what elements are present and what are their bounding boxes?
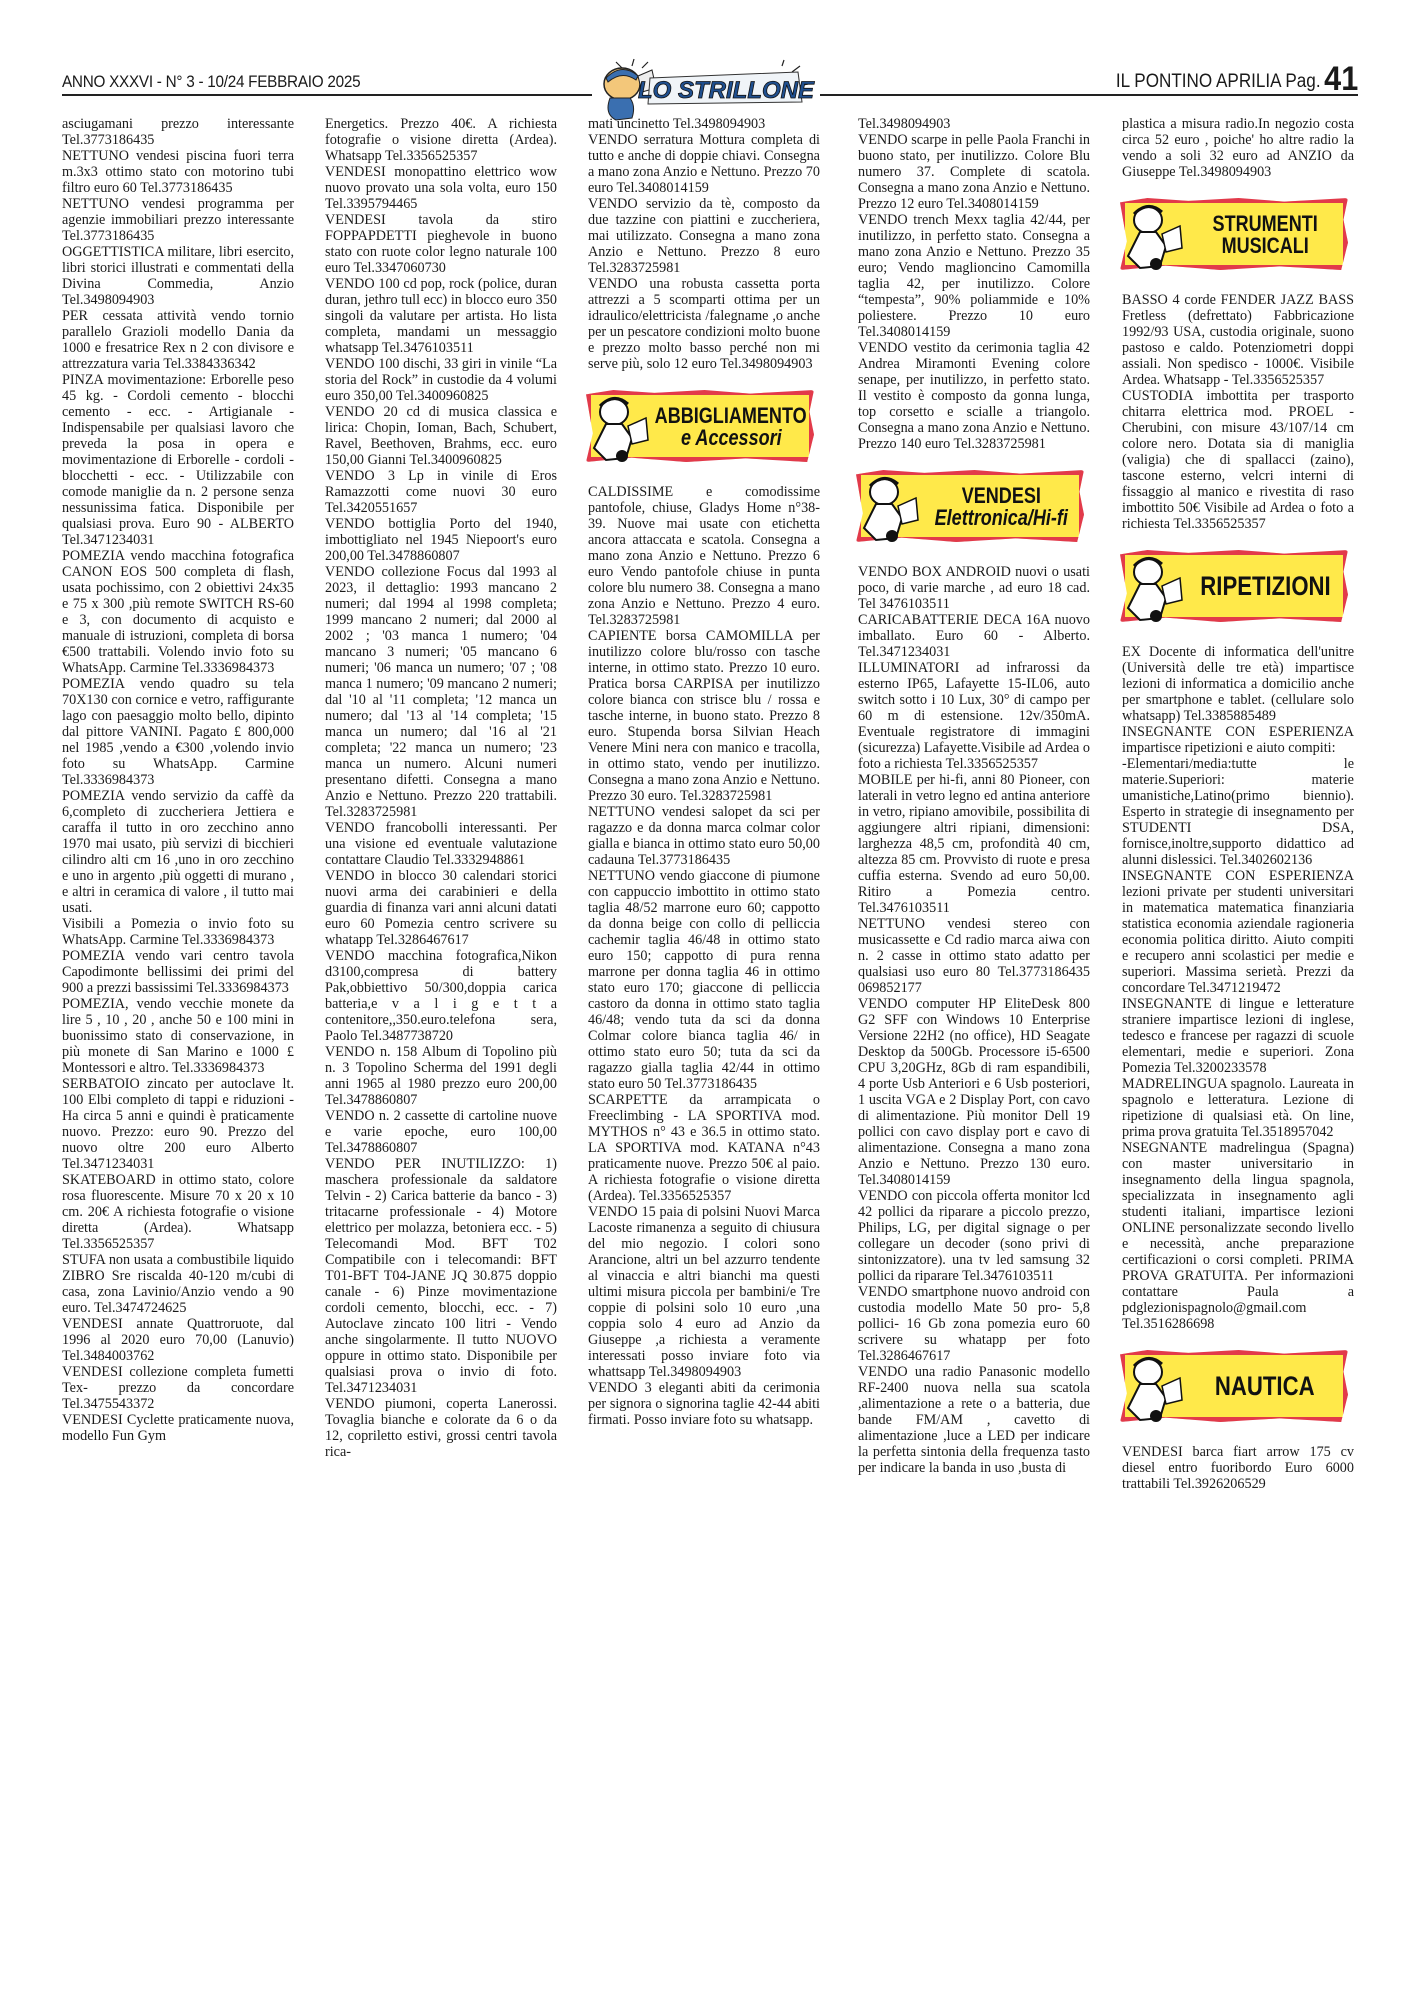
ad-item: NETTUNO vendo giaccone di piumone con ca… [588,868,820,1092]
ad-item: VENDESI barca fiart arrow 175 cv diesel … [1122,1444,1354,1492]
section-subtitle: e Accessori [681,427,782,449]
column-5: plastica a misura radio.In negozio costa… [1122,116,1354,1492]
strillone-mascot-icon [582,388,652,466]
ad-item: INSEGNANTE di lingue e letterature stran… [1122,996,1354,1076]
ad-item: VENDO trench Mexx taglia 42/44, per inut… [858,212,1090,340]
strillone-mascot-icon [1116,548,1186,626]
ad-item: PINZA movimentazione: Erborelle peso 45 … [62,372,294,548]
ad-item: VENDO 3 eleganti abiti da cerimonia per … [588,1380,820,1428]
ad-item: VENDO collezione Focus dal 1993 al 2023,… [325,564,557,820]
section-subtitle: Elettronica/Hi-fi [934,507,1067,529]
strillone-mascot-icon [852,468,922,546]
ad-item: VENDO scarpe in pelle Paola Franchi in b… [858,132,1090,212]
column-1: asciugamani prezzo interessante Tel.3773… [62,116,294,1444]
section-subtitle: MUSICALI [1221,235,1308,257]
ad-item: VENDO 100 dischi, 33 giri in vinile “La … [325,356,557,404]
ad-item: NETTUNO vendesi programma per agenzie im… [62,196,294,244]
ad-item: SKATEBOARD in ottimo stato, colore rosa … [62,1172,294,1252]
ad-item: NETTUNO vendesi stereo con musicassette … [858,916,1090,996]
section-title: VENDESI [961,485,1040,507]
ad-item: VENDO francobolli interessanti. Per una … [325,820,557,868]
ad-item: MADRELINGUA spagnolo. Laureata in spagno… [1122,1076,1354,1140]
ad-item: VENDO in blocco 30 calendari storici nuo… [325,868,557,948]
ad-item: Visibili a Pomezia o invio foto su Whats… [62,916,294,948]
section-title: STRUMENTI [1212,213,1317,235]
ad-item: VENDO 3 Lp in vinile di Eros Ramazzotti … [325,468,557,516]
column-4: Tel.3498094903 VENDO scarpe in pelle Pao… [858,116,1090,1476]
issue-info: ANNO XXXVI - N° 3 - 10/24 FEBBRAIO 2025 [62,72,360,92]
section-banner-nautica: NAUTICA [1116,1346,1354,1428]
ad-item: POMEZIA, vendo vecchie monete da lire 5 … [62,996,294,1076]
ad-item: CUSTODIA imbottita per trasporto chitarr… [1122,388,1354,532]
ad-item: SERBATOIO zincato per autoclave lt. 100 … [62,1076,294,1172]
ad-item: VENDO una robusta cassetta porta attrezz… [588,276,820,372]
ad-item: VENDO con piccola offerta monitor lcd 42… [858,1188,1090,1284]
ad-item: MOBILE per hi-fi, anni 80 Pioneer, con l… [858,772,1090,916]
ad-item: POMEZIA vendo quadro su tela 70X130 con … [62,676,294,788]
publication-name: IL PONTINO APRILIA Pag. [1116,71,1321,92]
ad-item: VENDO vestito da cerimonia taglia 42 And… [858,340,1090,452]
ad-item: OGGETTISTICA militare, libri esercito, l… [62,244,294,308]
ad-item: POMEZIA vendo macchina fotografica CANON… [62,548,294,676]
ad-item: VENDO 20 cd di musica classica e lirica:… [325,404,557,468]
header-rule-left [62,94,592,96]
ad-item: VENDESI tavola da stiro FOPPAPDETTI pieg… [325,212,557,276]
ad-item: VENDO smartphone nuovo android con custo… [858,1284,1090,1364]
ad-item: CALDISSIME e comodissime pantofole, chiu… [588,484,820,628]
ad-item: VENDO BOX ANDROID nuovi o usati poco, di… [858,564,1090,612]
ad-item: VENDO computer HP EliteDesk 800 G2 SFF c… [858,996,1090,1188]
ad-item: SCARPETTE da arrampicata o Freeclimbing … [588,1092,820,1204]
ad-item: VENDO 100 cd pop, rock (police, duran du… [325,276,557,356]
ad-item: VENDO PER INUTILIZZO: 1) maschera profes… [325,1156,557,1396]
ad-item: BASSO 4 corde FENDER JAZZ BASS Fretless … [1122,292,1354,388]
ad-item: PER cessata attività vendo tornio parall… [62,308,294,372]
ad-item: CARICABATTERIE DECA 16A nuovo imballato.… [858,612,1090,660]
column-3: mati uncinetto Tel.3498094903 VENDO serr… [588,116,820,1428]
ad-item: EX Docente di informatica dell'unitre (U… [1122,644,1354,724]
ad-item: Energetics. Prezzo 40€. A richiesta foto… [325,116,557,164]
ad-item: INSEGNANTE CON ESPERIENZA impartisce rip… [1122,724,1354,756]
ad-item: VENDESI collezione completa fumetti Tex-… [62,1364,294,1412]
ad-item: STUFA non usata a combustibile liquido Z… [62,1252,294,1316]
ad-item: VENDO serratura Mottura completa di tutt… [588,132,820,196]
ad-item: VENDO servizio da tè, composto da due ta… [588,196,820,276]
column-2: Energetics. Prezzo 40€. A richiesta foto… [325,116,557,1460]
ad-item: VENDO una radio Panasonic modello RF-240… [858,1364,1090,1476]
ad-item: CAPIENTE borsa CAMOMILLA per inutilizzo … [588,628,820,804]
ad-item: VENDO macchina fotografica,Nikon d3100,c… [325,948,557,1044]
page-number: 41 [1324,60,1358,98]
ad-item: Tel.3498094903 [858,116,1090,132]
strillone-mascot-icon [1116,196,1186,274]
ad-item: NETTUNO vendesi salopet da sci per ragaz… [588,804,820,868]
ad-item: -Elementari/media:tutte le materie.Super… [1122,756,1354,868]
ad-item: mati uncinetto Tel.3498094903 [588,116,820,132]
ad-item: POMEZIA vendo servizio da caffè da 6,com… [62,788,294,916]
ad-item: VENDO 15 paia di polsini Nuovi Marca Lac… [588,1204,820,1380]
ad-item: INSEGNANTE CON ESPERIENZA lezioni privat… [1122,868,1354,996]
strillone-mascot-icon [1116,1348,1186,1426]
ad-item: POMEZIA vendo vari centro tavola Capodim… [62,948,294,996]
section-title: ABBIGLIAMENTO [655,405,807,427]
svg-text:LO STRILLONE: LO STRILLONE [638,77,815,104]
section-banner-ripetizioni: RIPETIZIONI [1116,546,1354,628]
ad-item: NETTUNO vendesi piscina fuori terra m.3x… [62,148,294,196]
header-rule-right [820,94,1358,96]
section-title: RIPETIZIONI [1200,573,1330,601]
section-banner-abbigliamento: ABBIGLIAMENTO e Accessori [582,386,820,468]
ad-item: VENDESI Cyclette praticamente nuova, mod… [62,1412,294,1444]
section-title: NAUTICA [1215,1373,1315,1401]
ad-item: plastica a misura radio.In negozio costa… [1122,116,1354,180]
ad-item: VENDO n. 158 Album di Topolino più n. 3 … [325,1044,557,1108]
ad-item: VENDESI monopattino elettrico wow nuovo … [325,164,557,212]
ad-item: VENDESI annate Quattroruote, dal 1996 al… [62,1316,294,1364]
ad-item: VENDO bottiglia Porto del 1940, imbottig… [325,516,557,564]
lo-strillone-logo-icon: LO STRILLONE [592,58,820,122]
ad-item: VENDO n. 2 cassette di cartoline nuove e… [325,1108,557,1156]
section-banner-elettronica: VENDESI Elettronica/Hi-fi [852,466,1090,548]
ad-item: VENDO piumoni, coperta Lanerossi. Tovagl… [325,1396,557,1460]
ad-item: asciugamani prezzo interessante Tel.3773… [62,116,294,148]
ad-item: NSEGNANTE madrelingua (Spagna) con maste… [1122,1140,1354,1332]
section-banner-strumenti-musicali: STRUMENTI MUSICALI [1116,194,1354,276]
ad-item: ILLUMINATORI ad infrarossi da esterno IP… [858,660,1090,772]
